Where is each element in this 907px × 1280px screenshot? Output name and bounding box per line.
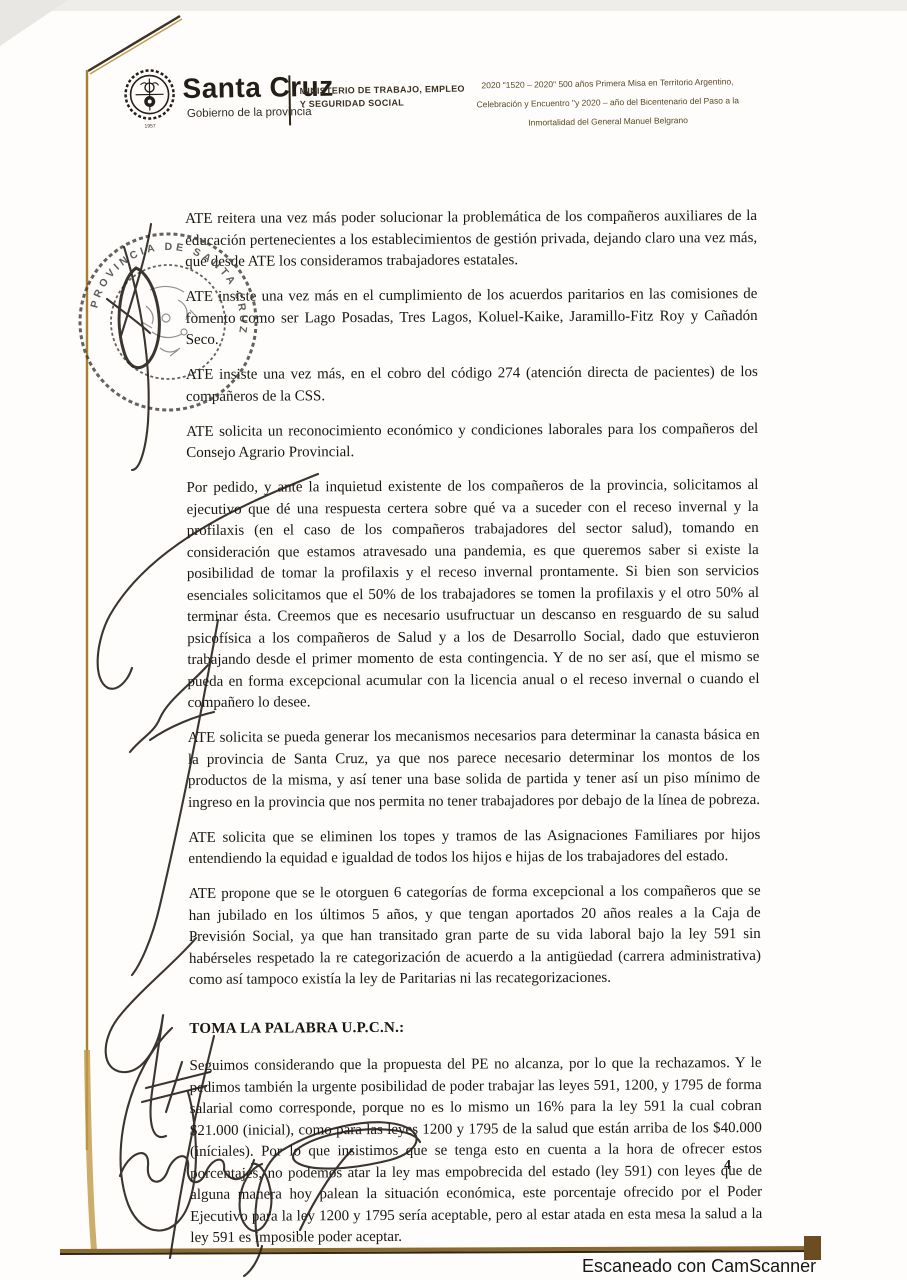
ministry-name: MINISTERIO DE TRABAJO, EMPLEO Y SEGURIDA… — [299, 83, 465, 112]
upcn-paragraph: Seguimos considerando que la propuesta d… — [189, 1053, 762, 1249]
svg-text:1957: 1957 — [144, 123, 155, 129]
santa-cruz-coat-of-arms-icon: 1957 — [120, 65, 179, 132]
body-paragraph: ATE insiste una vez más en el cumplimien… — [185, 284, 757, 351]
ministry-line-2: Y SEGURIDAD SOCIAL — [300, 96, 465, 112]
scan-background-strip — [0, 0, 907, 11]
body-paragraph: ATE solicita un reconocimiento económico… — [186, 419, 758, 465]
body-paragraph: ATE solicita se pueda generar los mecani… — [188, 725, 760, 814]
document-header: 1957 Santa Cruz Gobierno de la provincia… — [0, 48, 907, 172]
body-paragraph: Por pedido, y ante la inquietud existent… — [186, 475, 759, 714]
header-motto: 2020 "1520 – 2020" 500 años Primera Misa… — [442, 72, 773, 134]
brand-subtitle: Gobierno de la provincia — [187, 106, 312, 120]
body-paragraph: ATE propone que se le otorguen 6 categor… — [189, 881, 762, 991]
document-body: ATE reitera una vez más poder solucionar… — [185, 206, 763, 1263]
scanned-document-page: 1957 Santa Cruz Gobierno de la provincia… — [0, 0, 907, 1280]
upcn-section-heading: TOMA LA PALABRA U.P.C.N.: — [189, 1015, 761, 1039]
ministry-line-1: MINISTERIO DE TRABAJO, EMPLEO — [299, 83, 464, 99]
body-paragraph: ATE solicita que se eliminen los topes y… — [188, 824, 760, 870]
body-paragraph: ATE reitera una vez más poder solucionar… — [185, 206, 757, 273]
page-number: 4 — [724, 1158, 731, 1174]
body-paragraph: ATE insiste una vez más, en el cobro del… — [186, 362, 758, 408]
camscanner-watermark: Escaneado con CamScanner — [582, 1256, 816, 1277]
